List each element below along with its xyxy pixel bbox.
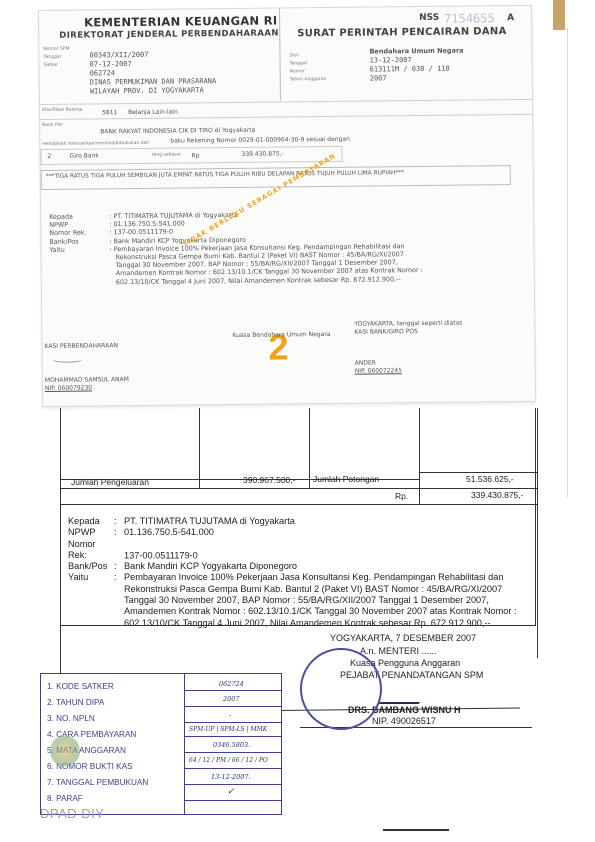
amount-index: 2: [47, 153, 51, 160]
purpose-line: Rekonstruksi Pasca Gempa Bumi Kab. Bantu…: [68, 584, 517, 595]
dari-value: Bendahara Umum Negara: [369, 47, 463, 56]
label-kepada: Kepada: [68, 516, 114, 527]
label-bank-pos: Bank/Pos: [68, 561, 114, 572]
recipient-npwp: 01.136.750.5-541.000: [124, 527, 214, 537]
divider: [60, 625, 536, 626]
tanggal-spm: 07-12-2007: [90, 60, 132, 68]
sp2d-recipient-values: : PT. TITIMATRA TUJUTAMA di Yogyakarta :…: [109, 208, 530, 286]
jumlah-potongan: 51.536.625,-: [466, 474, 514, 484]
label-nomor: Nomor: [290, 69, 305, 74]
label-yaitu: Yaitu: [68, 572, 114, 583]
label-npwp: NPWP: [68, 527, 114, 538]
label-no-npln: 3. NO. NPLN: [47, 714, 95, 723]
nomor-bukti-kas-value: 64 / 12 / PM / 66 / 12 / PO: [189, 757, 268, 764]
directorate-title: DIREKTORAT JENDERAL PERBENDAHARAAN: [59, 28, 279, 40]
label-yang-sebesar: Yang sebesar: [152, 153, 182, 158]
row-line: [184, 722, 281, 723]
row-line: [184, 768, 281, 769]
ministry-title: KEMENTERIAN KEUANGAN RI: [84, 13, 277, 29]
tahun-anggaran: 2007: [370, 74, 387, 82]
table-row-line: [61, 504, 537, 505]
place-date: YOGYAKARTA, tanggal seperti diatas: [354, 320, 462, 328]
spm-signer-nip: NIP. 490026517: [372, 716, 436, 726]
nomor-spm: 00343/XII/2007: [89, 51, 148, 60]
purpose-line: Amandemen Kontrak Nomor : 602.13/10.1/CK…: [68, 606, 517, 617]
rekening-text: baku Rekening Nomor 0029-01-000964-30-9 …: [170, 136, 350, 145]
purpose-line: 602.13/10/CK Tanggal 4 Juni 2007, Nilai …: [68, 618, 517, 629]
jumlah-potongan-label: Jumlah Potongan: [313, 474, 379, 484]
spm-place-date: YOGYAKARTA, 7 DESEMBER 2007: [330, 633, 476, 643]
purpose: Pembayaran Invoice 100% Pekerjaan Jasa K…: [124, 572, 503, 582]
row-line: [184, 784, 281, 785]
background-edge: [553, 0, 565, 30]
recipient-account: 137-00.0511179-0: [124, 550, 198, 560]
kuasa-bun: Kuasa Bendahara Umum Negara: [232, 331, 330, 339]
table-row-line: [419, 472, 537, 473]
jumlah-pengeluaran-label: Jumlah Pengeluaran: [71, 477, 149, 487]
klasifikasi-code: 5811: [102, 109, 117, 116]
label-dari: Dari: [289, 53, 298, 58]
net-amount: 339.430.875,-: [471, 490, 523, 500]
label-tanggal: Tanggal: [43, 55, 60, 60]
label-rp: Rp: [191, 152, 199, 159]
row-line: [184, 706, 281, 707]
jumlah-pengeluaran: 390.967.500,-: [243, 475, 295, 485]
kasi-bank: KASI BANK/GIRO POS: [354, 328, 418, 336]
satker-name-1: DINAS PERMUKIMAN DAN PRASARANA: [90, 77, 217, 86]
nss-value: 7154655: [444, 11, 495, 26]
row-line: [184, 736, 281, 737]
label-paraf: 8. PARAF: [47, 794, 83, 803]
tanggal-pembukuan-value: 13-12-2007.: [211, 773, 251, 781]
nss-label: NSS: [419, 13, 439, 23]
label-klasifikasi: Klasifikasi Belanja: [42, 108, 82, 113]
bank-name: BANK RAKYAT INDONESIA CIK DI TIRO di Yog…: [100, 127, 255, 136]
label-tahun-dipa: 2. TAHUN DIPA: [47, 698, 104, 707]
row-line: [184, 752, 281, 753]
bank-officer-nip: NIP. 060072245: [355, 367, 402, 374]
spm-an: A.n. MENTERI ......: [360, 646, 437, 656]
label-tahun-anggaran: Tahun Anggaran: [290, 77, 327, 82]
recipient-name: PT. TITIMATRA TUJUTAMA di Yogyakarta: [124, 516, 295, 526]
satker-name-2: WILAYAH PROV. DI YOGYAKARTA: [90, 86, 204, 95]
nomor-sp2d: 613111M / 030 / 118: [370, 65, 450, 74]
nss-suffix: A: [507, 13, 514, 23]
doc-title: SURAT PERINTAH PENCAIRAN DANA: [297, 26, 506, 39]
sp2d-recipient-labels: Kepada NPWP Nomor Rek. Bank/Pos Yaitu: [49, 212, 109, 254]
purpose-line: Tanggal 30 November 2007, BAP Nomor : 55…: [68, 595, 517, 606]
watermark: DPAD DIY: [40, 806, 104, 821]
border-right: [535, 408, 536, 625]
box-separator: [184, 674, 185, 814]
npln-value: -: [229, 711, 231, 719]
klasifikasi-name: Belanja Lain-lain: [128, 109, 178, 117]
recipient-bank: Bank Mandiri KCP Yogyakarta Diponegoro: [124, 561, 297, 571]
satker-code: 062724: [90, 69, 115, 77]
amount-row: 2 Giro Bank Yang sebesar Rp 339.430.875,…: [40, 146, 342, 165]
table-col-line: [419, 408, 420, 504]
paraf-value: ✓: [227, 787, 235, 797]
label-yaitu: Yaitu: [49, 245, 109, 254]
official-stamp: [300, 648, 382, 730]
cara-pembayaran-value: SPM-UP | SPM-LS | MMK: [189, 726, 267, 733]
spm-recipient-info: Kepada:PT. TITIMATRA TUJUTAMA di Yogyaka…: [68, 516, 517, 629]
label-kode-satker: 1. KODE SATKER: [47, 682, 114, 691]
kode-satker-value: 062724: [219, 680, 244, 688]
label-satker: Satker: [44, 63, 59, 68]
paper-edge: [567, 28, 568, 498]
emblem-icon: [50, 733, 80, 769]
row-line: [184, 690, 281, 691]
label-nomor-rek: Nomor Rek:: [68, 539, 114, 562]
label-tanggal-pembukuan: 7. TANGGAL PEMBUKUAN: [47, 778, 148, 787]
label-tanggal-2: Tanggal: [290, 61, 307, 66]
payment-type: Giro Bank: [69, 152, 98, 159]
kasi-perbendaharaan: KASI PERBENDAHARAAN: [44, 342, 117, 350]
table-col-line: [309, 408, 310, 488]
kasi-nip: NIP. 060079230: [45, 384, 92, 391]
tanggal-sp2d: 13-12-2007: [370, 56, 412, 64]
bank-officer-name: ANDER: [355, 359, 376, 366]
table-col-line: [199, 408, 200, 488]
table-row-line: [61, 488, 537, 489]
mata-anggaran-value: 0346.5803.: [213, 741, 250, 749]
amount-value: 339.430.875,-: [241, 150, 283, 157]
label-bank-pos: Bank Pos: [42, 123, 62, 128]
border-left: [60, 408, 61, 718]
sp2d-sheet: KEMENTERIAN KEUANGAN RI DIREKTORAT JENDE…: [38, 5, 536, 407]
page-mark: [383, 829, 449, 831]
label-hendaklah: Hendaklah mencairkan/memindahbukukan dar…: [42, 141, 149, 147]
tahun-dipa-value: 2007: [223, 695, 240, 703]
signature: [53, 356, 83, 363]
kasi-name: MOHAMMAD SAMSUL ANAM: [45, 376, 129, 384]
sp2d-header-left: KEMENTERIAN KEUANGAN RI DIREKTORAT JENDE…: [39, 8, 281, 103]
rp-label: Rp.: [395, 491, 408, 501]
row-line: [184, 800, 281, 801]
label-nomor-spm: Nomor SPM: [43, 47, 69, 52]
